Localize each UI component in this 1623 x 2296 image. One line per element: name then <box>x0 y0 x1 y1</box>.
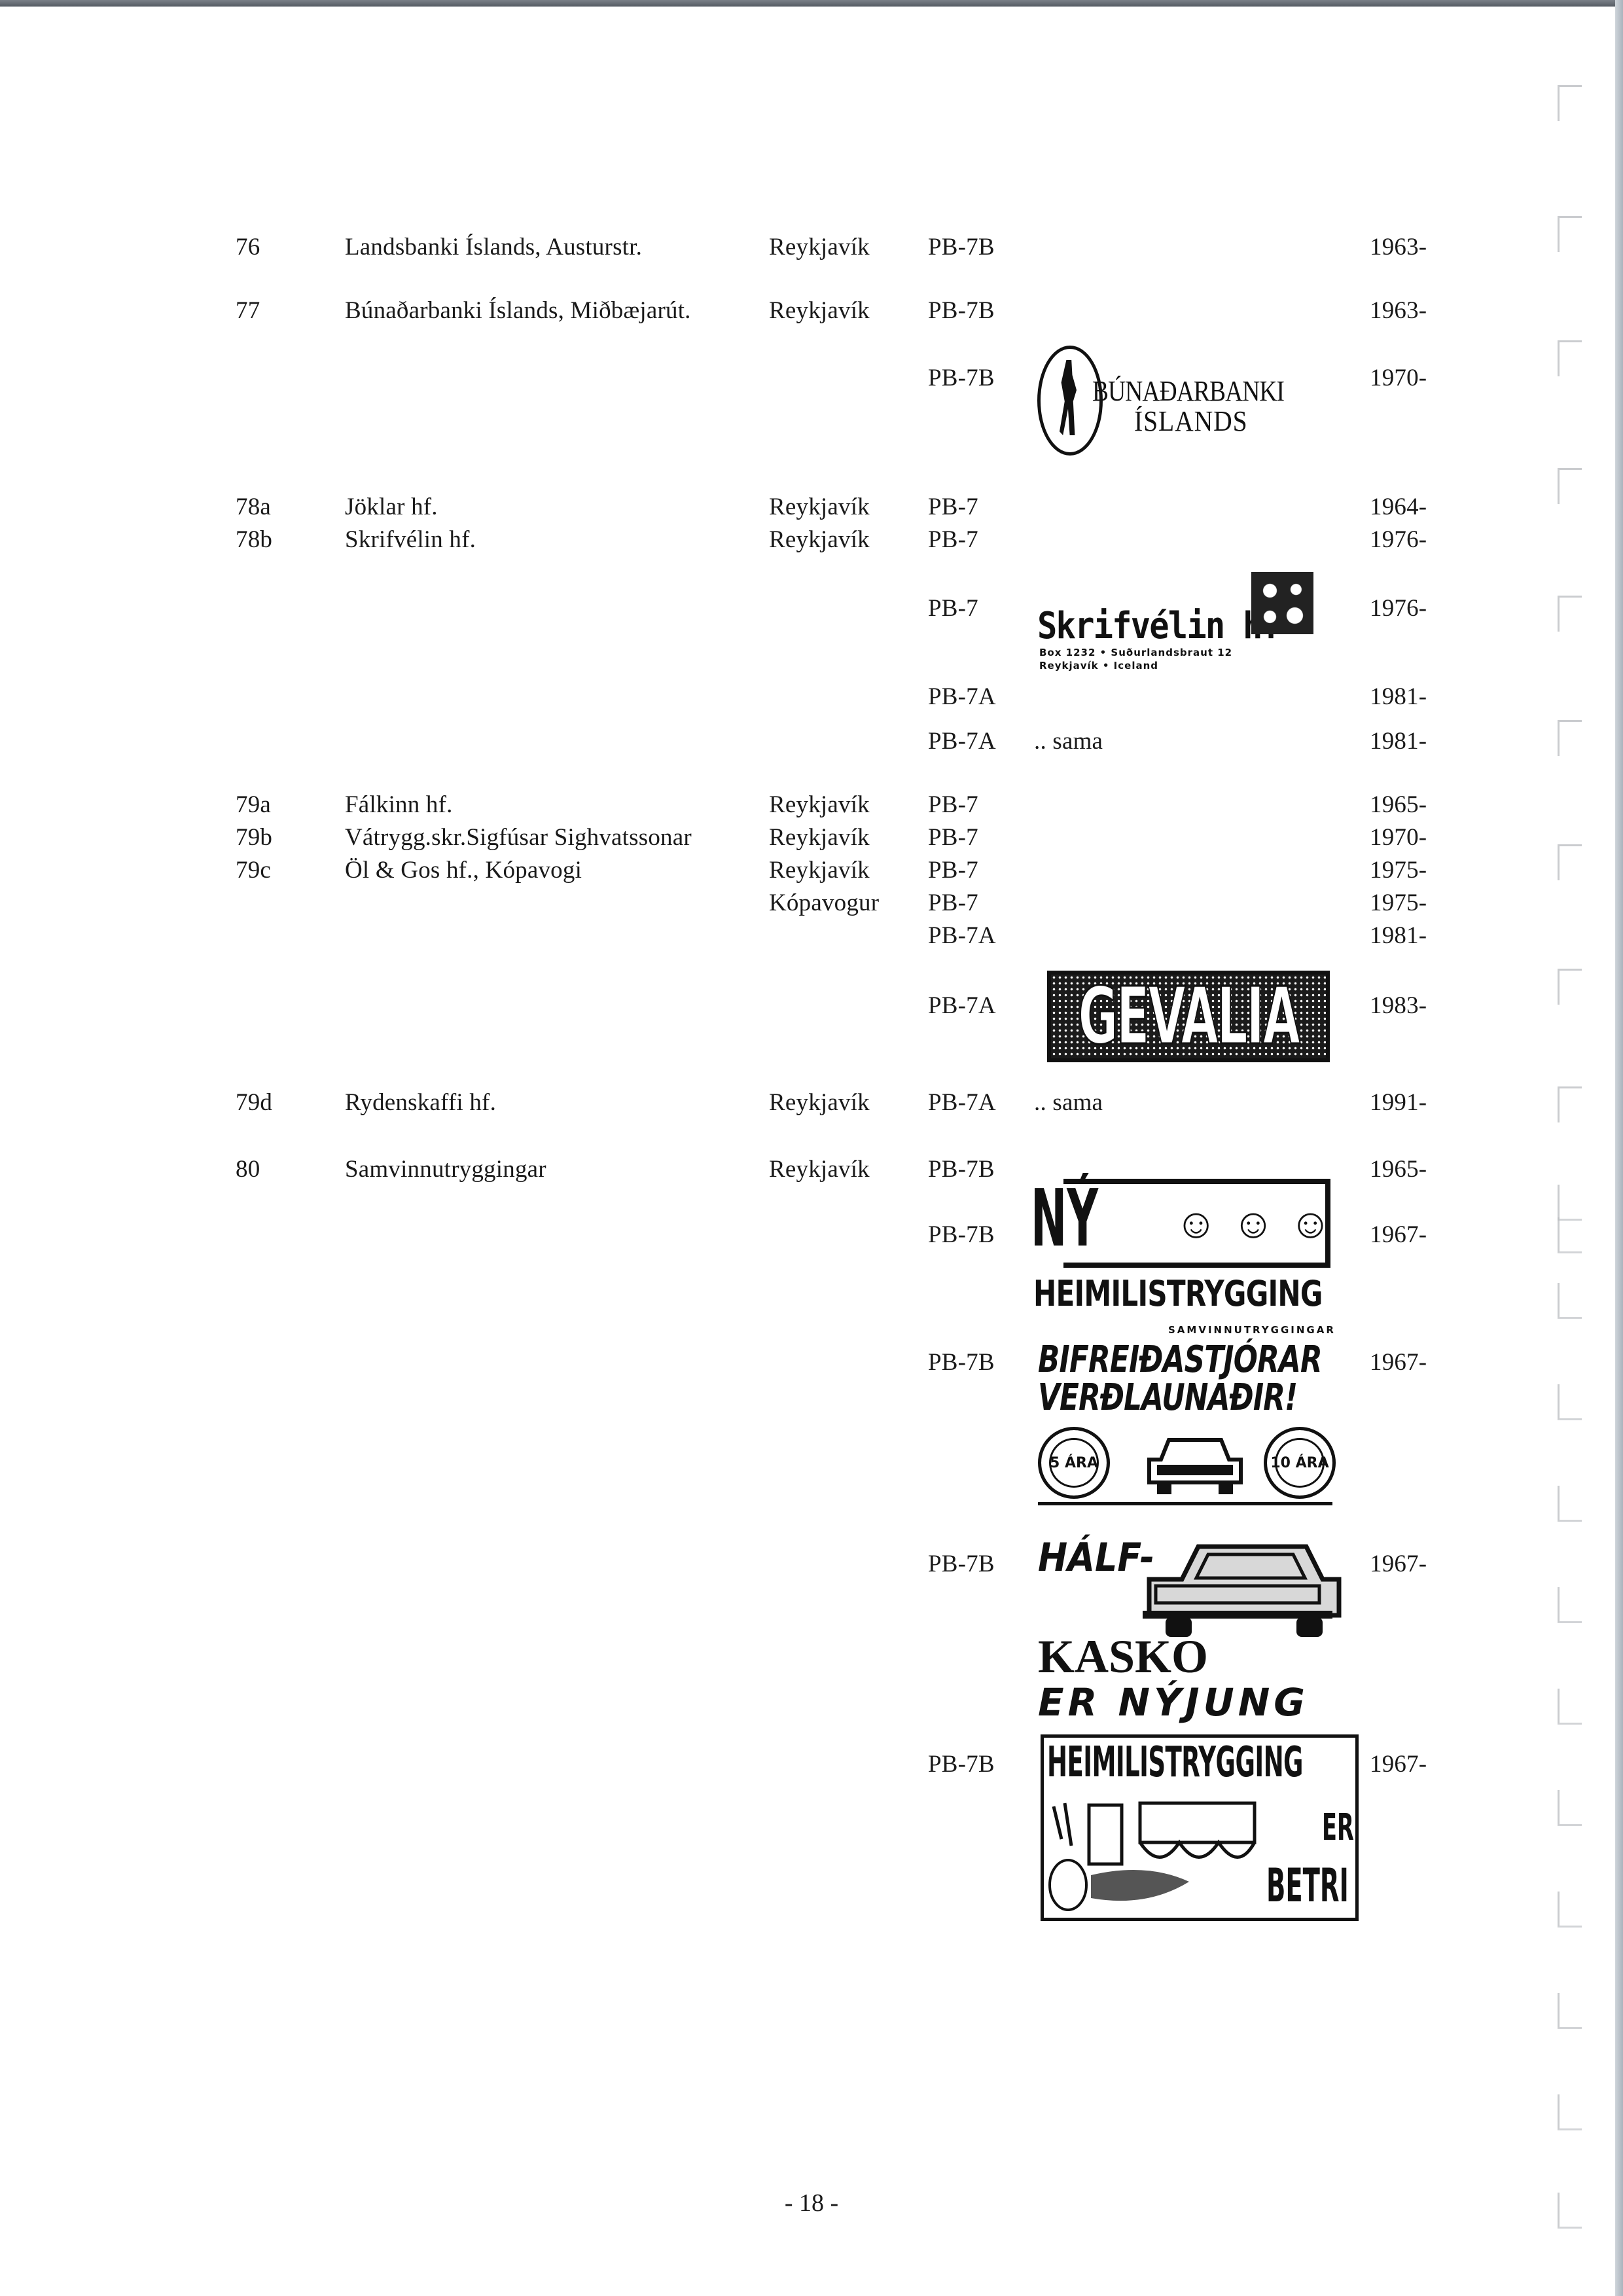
stamp-text: BÚNAÐARBANKI <box>1092 374 1284 408</box>
row-type: PB-7B <box>928 296 995 325</box>
row-type: PB-7B <box>928 364 995 393</box>
scan-edge-right <box>1615 0 1623 2296</box>
row-number: 78b <box>236 526 272 554</box>
scan-edge-top <box>0 0 1623 7</box>
stamp-text: BIFREIÐASTJÓRAR <box>1038 1338 1322 1381</box>
binder-mark <box>1558 1689 1582 1725</box>
row-type: PB-7B <box>928 1221 995 1249</box>
row-city: Reykjavík <box>769 296 870 325</box>
skrifvelin-logo-stamp: Skrifvélin hf Box 1232 • Suðurlandsbraut… <box>1037 564 1338 675</box>
row-year: 1963- <box>1370 296 1427 325</box>
bifreidastjorar-stamp: BIFREIÐASTJÓRAR VERÐLAUNAÐIR! 5 ÁRA 10 Á… <box>1038 1338 1352 1515</box>
page-number: - 18 - <box>766 2189 857 2217</box>
row-type: PB-7A <box>928 992 996 1020</box>
row-type: PB-7A <box>928 683 996 711</box>
row-year: 1970- <box>1370 823 1427 852</box>
row-type: PB-7A <box>928 727 996 756</box>
row-year: 1981- <box>1370 727 1427 756</box>
stamp-address: Box 1232 • Suðurlandsbraut 12 <box>1039 647 1232 658</box>
row-year: 1981- <box>1370 683 1427 711</box>
seal-icon: 5 ÁRA <box>1038 1427 1110 1499</box>
row-city: Reykjavík <box>769 856 870 885</box>
stamp-text: ER <box>1322 1806 1354 1849</box>
row-type: PB-7B <box>928 1348 995 1377</box>
row-year: 1967- <box>1370 1221 1427 1249</box>
row-name: Fálkinn hf. <box>345 791 453 819</box>
stamp-address: Reykjavík • Iceland <box>1039 660 1158 672</box>
row-note: .. sama <box>1034 727 1103 756</box>
binder-mark <box>1558 1086 1582 1122</box>
stamp-text: ÍSLANDS <box>1134 404 1248 438</box>
row-name: Rydenskaffi hf. <box>345 1088 496 1117</box>
car-icon <box>1136 1540 1346 1638</box>
furniture-illustration-icon <box>1048 1800 1264 1911</box>
row-year: 1967- <box>1370 1348 1427 1377</box>
row-city: Reykjavík <box>769 493 870 522</box>
ny-heimilistrygging-stamp: NÝ ☺☺☺ HEIMILISTRYGGING SAMVINNUTRYGGING… <box>1031 1175 1358 1338</box>
row-number: 79c <box>236 856 271 885</box>
row-number: 78a <box>236 493 271 522</box>
family-figures-icon: ☺☺☺ <box>1175 1201 1346 1247</box>
binder-mark <box>1558 1283 1582 1319</box>
row-type: PB-7 <box>928 493 978 522</box>
row-city: Reykjavík <box>769 1155 870 1184</box>
stamp-text: ER NÝJUNG <box>1038 1680 1309 1725</box>
divider <box>1038 1502 1332 1505</box>
binder-mark <box>1558 596 1582 632</box>
stamp-text: NÝ <box>1031 1180 1098 1259</box>
row-name: Öl & Gos hf., Kópavogi <box>345 856 582 885</box>
binder-mark <box>1558 1892 1582 1928</box>
binder-mark <box>1558 1384 1582 1420</box>
row-type: PB-7 <box>928 856 978 885</box>
binder-mark <box>1558 1486 1582 1522</box>
row-type: PB-7B <box>928 233 995 262</box>
row-year: 1983- <box>1370 992 1427 1020</box>
row-type: PB-7 <box>928 791 978 819</box>
row-type: PB-7A <box>928 1088 996 1117</box>
row-year: 1991- <box>1370 1088 1427 1117</box>
row-city: Reykjavík <box>769 823 870 852</box>
row-city: Reykjavík <box>769 1088 870 1117</box>
row-name: Skrifvélin hf. <box>345 526 476 554</box>
bunadarbanki-logo-stamp: BÚNAÐARBANKI ÍSLANDS <box>1037 340 1325 452</box>
row-type: PB-7 <box>928 526 978 554</box>
binder-mark <box>1558 216 1582 252</box>
binder-mark <box>1558 1993 1582 2029</box>
row-number: 79b <box>236 823 272 852</box>
row-year: 1965- <box>1370 1155 1427 1184</box>
binder-mark <box>1558 1185 1582 1221</box>
row-city: Kópavogur <box>769 889 879 918</box>
binder-mark <box>1558 1587 1582 1623</box>
row-note: .. sama <box>1034 1088 1103 1117</box>
row-year: 1976- <box>1370 594 1427 623</box>
row-year: 1965- <box>1370 791 1427 819</box>
row-year: 1964- <box>1370 493 1427 522</box>
row-year: 1967- <box>1370 1750 1427 1779</box>
row-year: 1967- <box>1370 1550 1427 1579</box>
binder-mark <box>1558 1217 1582 1253</box>
binder-mark <box>1558 468 1582 504</box>
stamp-text: GEVALIA <box>1105 977 1272 1056</box>
seal-icon: 10 ÁRA <box>1264 1427 1336 1499</box>
binder-mark <box>1558 969 1582 1005</box>
row-type: PB-7B <box>928 1750 995 1779</box>
row-year: 1963- <box>1370 233 1427 262</box>
row-name: Vátrygg.skr.Sigfúsar Sighvatssonar <box>345 823 692 852</box>
stamp-text: BETRI <box>1266 1859 1349 1912</box>
row-number: 77 <box>236 296 260 325</box>
heimilistrygging-betri-stamp: HEIMILISTRYGGING ER BETRI <box>1041 1734 1361 1924</box>
row-year: 1975- <box>1370 889 1427 918</box>
row-year: 1970- <box>1370 364 1427 393</box>
row-city: Reykjavík <box>769 791 870 819</box>
binder-mark <box>1558 2094 1582 2130</box>
car-front-icon <box>1143 1433 1247 1496</box>
row-name: Jöklar hf. <box>345 493 438 522</box>
binder-mark <box>1558 85 1582 121</box>
stamp-text: Skrifvélin hf <box>1037 605 1280 647</box>
stamp-text: KASKO <box>1038 1633 1208 1680</box>
row-type: PB-7 <box>928 889 978 918</box>
row-number: 76 <box>236 233 260 262</box>
row-city: Reykjavík <box>769 233 870 262</box>
row-name: Búnaðarbanki Íslands, Miðbæjarút. <box>345 296 691 325</box>
row-type: PB-7A <box>928 922 996 950</box>
row-type: PB-7B <box>928 1155 995 1184</box>
stamp-text: VERÐLAUNAÐIR! <box>1038 1376 1297 1419</box>
row-type: PB-7B <box>928 1550 995 1579</box>
row-year: 1976- <box>1370 526 1427 554</box>
half-kasko-stamp: HÁLF- KASKO ER NÝJUNG <box>1038 1535 1352 1718</box>
binder-mark <box>1558 720 1582 756</box>
row-number: 79a <box>236 791 271 819</box>
row-type: PB-7 <box>928 823 978 852</box>
gevalia-stamp: GEVALIA <box>1047 971 1330 1062</box>
binder-mark <box>1558 340 1582 376</box>
row-type: PB-7 <box>928 594 978 623</box>
binder-mark <box>1558 1790 1582 1826</box>
row-number: 80 <box>236 1155 260 1184</box>
row-city: Reykjavík <box>769 526 870 554</box>
row-number: 79d <box>236 1088 272 1117</box>
stamp-text: HEIMILISTRYGGING <box>1033 1273 1323 1314</box>
row-year: 1975- <box>1370 856 1427 885</box>
binder-mark <box>1558 2193 1582 2229</box>
stamp-text: HEIMILISTRYGGING <box>1047 1740 1303 1785</box>
row-name: Landsbanki Íslands, Austurstr. <box>345 233 642 262</box>
stamp-text: SAMVINNUTRYGGINGAR <box>1168 1324 1336 1336</box>
row-name: Samvinnutryggingar <box>345 1155 546 1184</box>
emblem-icon <box>1251 572 1313 634</box>
binder-mark <box>1558 844 1582 880</box>
row-year: 1981- <box>1370 922 1427 950</box>
